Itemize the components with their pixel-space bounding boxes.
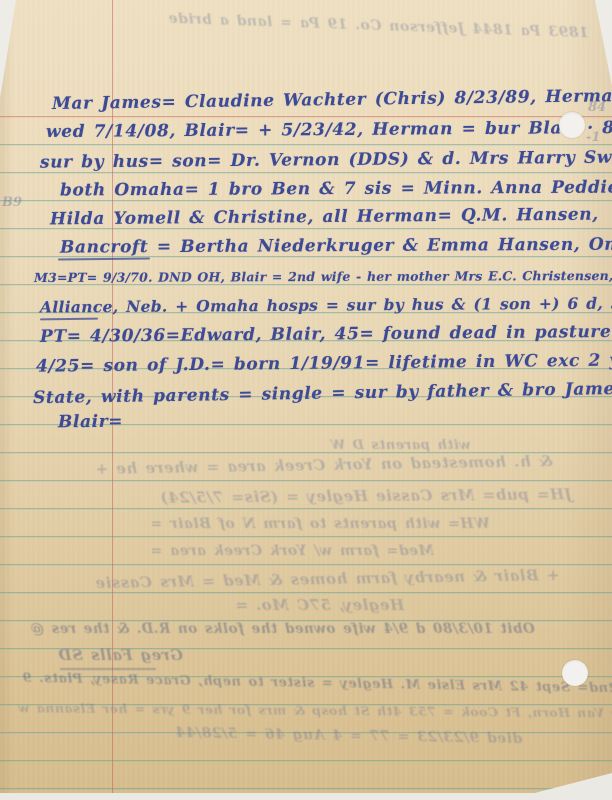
handwriting-line: both Omaha= 1 bro Ben & 7 sis = Minn. An… (60, 178, 612, 201)
bleedthrough-line: WH= with parents to farm N of Blair = (150, 516, 490, 532)
bleedthrough-line: Greg Falls SD (58, 646, 183, 664)
bleedthrough-underline (60, 668, 156, 670)
bleedthrough-line: Hegley, 57C Mo. = (235, 596, 404, 614)
scan-edge (0, 793, 612, 800)
page-corner (0, 0, 16, 98)
bleedthrough-line: JH= pub= Mrs Cassie Hegley = (Sis= 7/5/2… (160, 485, 572, 507)
scanned-page: 1893 Pa 1844 Jefferson Co. 19 Pa = land … (0, 0, 612, 800)
red-header-rule (0, 116, 612, 117)
bleedthrough-line: Obit 10/3/80 d 9/4 wife owned the folks … (30, 621, 535, 637)
punch-hole (559, 112, 585, 138)
bleedthrough-fragment: B9 (2, 195, 22, 210)
handwriting-line: Bancroft = Bertha Niederkruger & Emma Ha… (60, 234, 612, 257)
bleedthrough-line: Med= farm w/ York Creek area = (150, 543, 434, 559)
page-corner (527, 773, 612, 795)
handwriting-line: Alliance, Neb. + Omaha hosps = sur by hu… (40, 292, 612, 316)
punch-hole (562, 660, 588, 686)
handwriting-line: M3=PT= 9/3/70. DND OH, Blair = 2nd wife … (34, 268, 612, 285)
bleedthrough-line: with parents D W (330, 438, 470, 453)
handwriting-line: wed 7/14/08, Blair= + 5/23/42, Herman = … (46, 118, 612, 142)
page-corner (595, 0, 612, 86)
handwriting-line: Blair= (58, 412, 123, 433)
